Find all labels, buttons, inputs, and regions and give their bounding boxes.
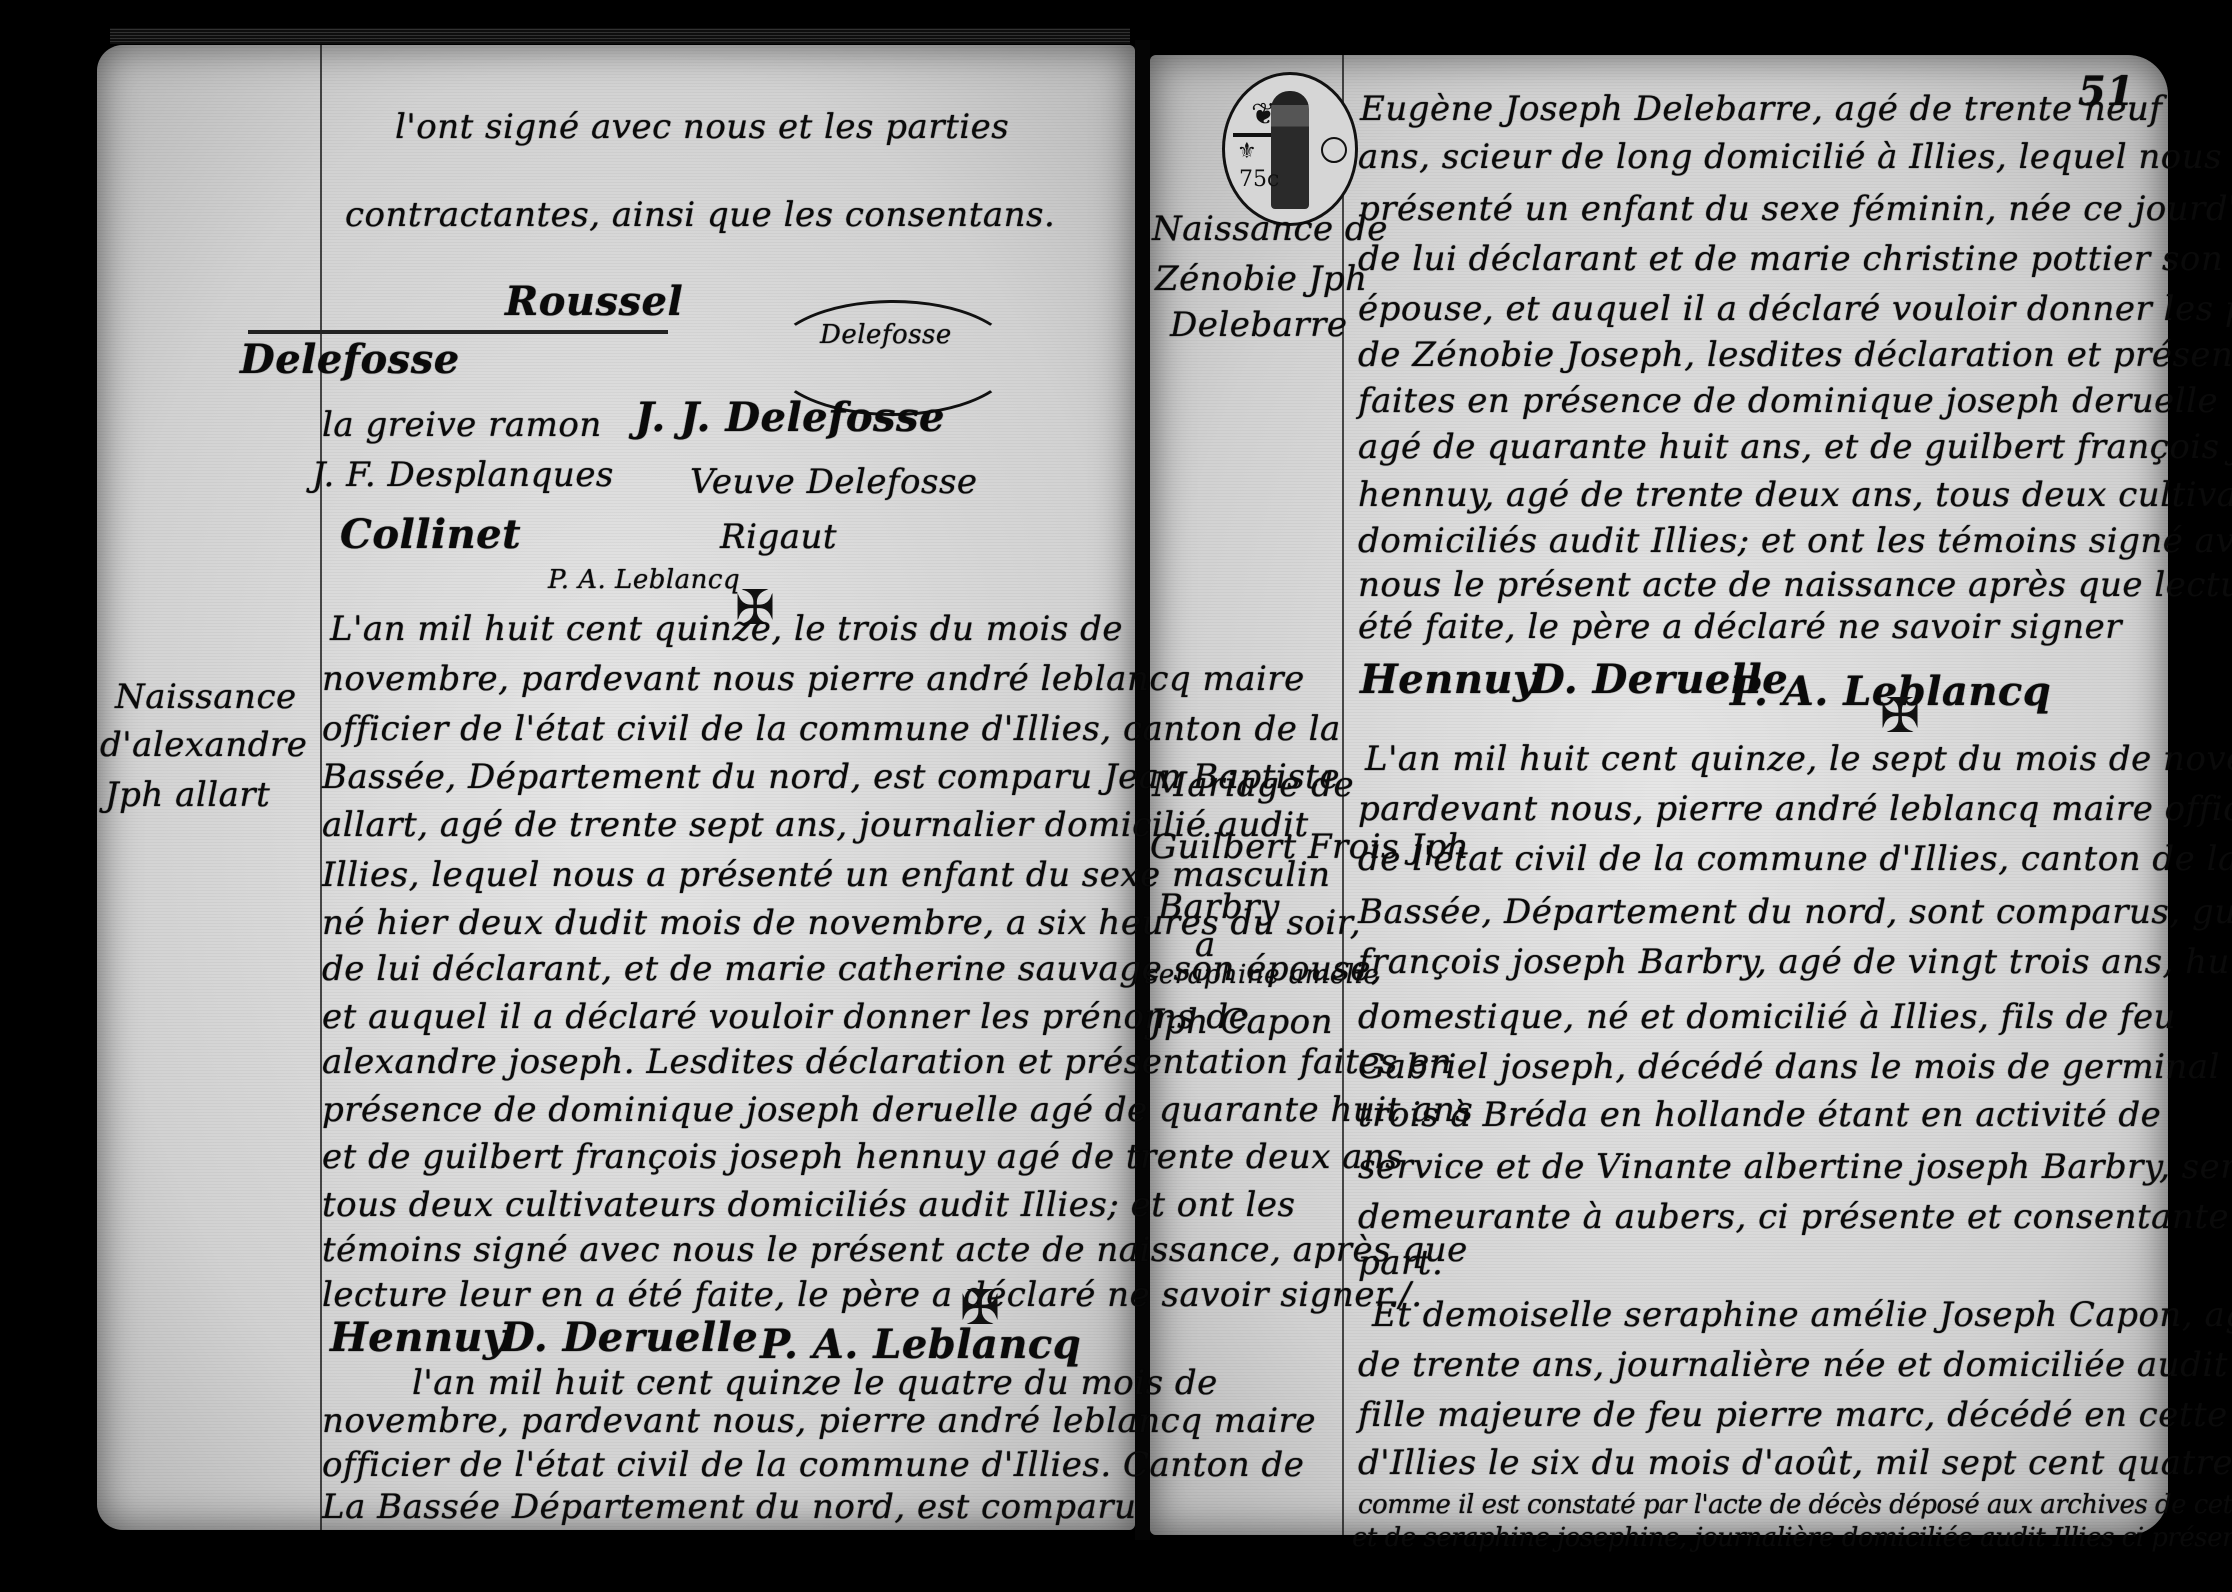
margin-note: Zénobie Jph [1155, 262, 1367, 296]
record-line: Eugène Joseph Delebarre, agé de trente n… [1360, 92, 2162, 126]
record-line: de Zénobie Joseph, lesdites déclaration … [1358, 338, 2232, 372]
record-line: l'an mil huit cent quinze le quatre du m… [412, 1366, 1218, 1400]
signature-divider [248, 330, 668, 334]
record-line: ans, scieur de long domicilié à Illies, … [1358, 140, 2232, 174]
signature: la greive ramon [322, 408, 602, 442]
paraph-mark: ✠ [960, 1280, 1000, 1336]
record-line: novembre, pardevant nous, pierre andré l… [322, 1404, 1316, 1438]
stamp-disc-icon [1321, 137, 1347, 163]
closing-line: l'ont signé avec nous et les parties [395, 110, 1009, 144]
record-line: présence de dominique joseph deruelle ag… [322, 1093, 1473, 1127]
signature: P. A. Leblancq [548, 567, 740, 593]
record-line: Gabriel joseph, décédé dans le mois de g… [1358, 1050, 2232, 1084]
tax-stamp: ❦ ⚜ 75c [1222, 72, 1358, 226]
record-line: épouse, et auquel il a déclaré vouloir d… [1358, 292, 2232, 326]
record-line: lecture leur en a été faite, le père a d… [322, 1278, 1423, 1312]
record-line: part. [1358, 1246, 1443, 1280]
record-line: d'Illies le six du mois d'août, mil sept… [1358, 1446, 2232, 1480]
signature: Collinet [340, 515, 521, 555]
margin-note: Barbry [1158, 890, 1280, 924]
record-line: témoins signé avec nous le présent acte … [322, 1233, 1468, 1267]
record-line: été faite, le père a déclaré ne savoir s… [1358, 610, 2122, 644]
record-line: et de guilbert françois joseph hennuy ag… [322, 1140, 1403, 1174]
signature: D. Deruelle [500, 1318, 758, 1358]
margin-note: Delebarre [1170, 308, 1348, 342]
signature: J. J. Delefosse [635, 398, 945, 438]
margin-note: Jph Capon [1150, 1005, 1333, 1039]
record-line: Bassée, Département du nord, sont compar… [1358, 895, 2232, 929]
record-line: et de seraphine josephine, journalière d… [1352, 1525, 2232, 1551]
record-line: nous le présent acte de naissance après … [1358, 568, 2232, 602]
record-line: officier de l'état civil de la commune d… [322, 712, 1341, 746]
record-line: pardevant nous, pierre andré leblancq ma… [1358, 792, 2232, 826]
signature: Hennuy [330, 1318, 507, 1358]
record-line: officier de l'état civil de la commune d… [322, 1448, 1304, 1482]
margin-note: Naissance [115, 680, 297, 714]
signature: Roussel [505, 282, 683, 322]
record-line: hennuy, agé de trente deux ans, tous deu… [1358, 478, 2232, 512]
record-line: novembre, pardevant nous pierre andré le… [322, 662, 1305, 696]
signature: Rigaut [720, 520, 837, 554]
record-line: domiciliés audit Illies; et ont les témo… [1358, 524, 2232, 558]
record-line: françois joseph Barbry, agé de vingt tro… [1358, 945, 2232, 979]
record-line: domestique, né et domicilié à Illies, fi… [1358, 1000, 2176, 1034]
record-line: et auquel il a déclaré vouloir donner le… [322, 1000, 1249, 1034]
record-line: de trente ans, journalière née et domici… [1358, 1348, 2232, 1382]
signature: P. A. Leblancq [760, 1325, 1081, 1365]
record-line: fille majeure de feu pierre marc, décédé… [1358, 1398, 2232, 1432]
fleur-de-lis-icon: ⚜ [1237, 139, 1257, 164]
record-line: agé de quarante huit ans, et de guilbert… [1358, 430, 2232, 464]
record-line: comme il est constaté par l'acte de décè… [1358, 1492, 2232, 1518]
margin-note: Mariage de [1152, 768, 1354, 802]
record-line: alexandre joseph. Lesdites déclaration e… [322, 1045, 1452, 1079]
record-line: Et demoiselle seraphine amélie Joseph Ca… [1372, 1298, 2232, 1332]
margin-note: Naissance de [1152, 212, 1388, 246]
page-top-edge [110, 28, 1130, 44]
record-line: L'an mil huit cent quinze, le sept du mo… [1365, 742, 2232, 776]
paraph-mark: ✠ [1880, 688, 1920, 744]
record-line: L'an mil huit cent quinze, le trois du m… [330, 612, 1123, 646]
stamp-value: 75c [1239, 167, 1279, 192]
margin-note: a [1195, 928, 1216, 962]
record-line: de lui déclarant et de marie christine p… [1358, 242, 2223, 276]
signature: Veuve Delefosse [690, 465, 978, 499]
signature: Hennuy [1360, 660, 1537, 700]
record-line: demeurante à aubers, ci présente et cons… [1358, 1200, 2232, 1234]
margin-note: Jph allart [105, 778, 270, 812]
record-line: trois à Bréda en hollande étant en activ… [1358, 1098, 2161, 1132]
signature: Delefosse [240, 340, 460, 380]
record-line: La Bassée Département du nord, est compa… [322, 1490, 1137, 1524]
record-line: présenté un enfant du sexe féminin, née … [1358, 192, 2232, 226]
margin-note: d'alexandre [100, 728, 307, 762]
margin-note: seraphine amélie [1145, 962, 1379, 988]
record-line: faites en présence de dominique joseph d… [1358, 384, 2218, 418]
record-line: de l'état civil de la commune d'Illies, … [1358, 842, 2232, 876]
signature: J. F. Desplanques [312, 458, 614, 492]
record-line: service et de Vinante albertine joseph B… [1358, 1150, 2232, 1184]
closing-line: contractantes, ainsi que les consentans. [345, 198, 1055, 232]
record-line: tous deux cultivateurs domiciliés audit … [322, 1188, 1296, 1222]
